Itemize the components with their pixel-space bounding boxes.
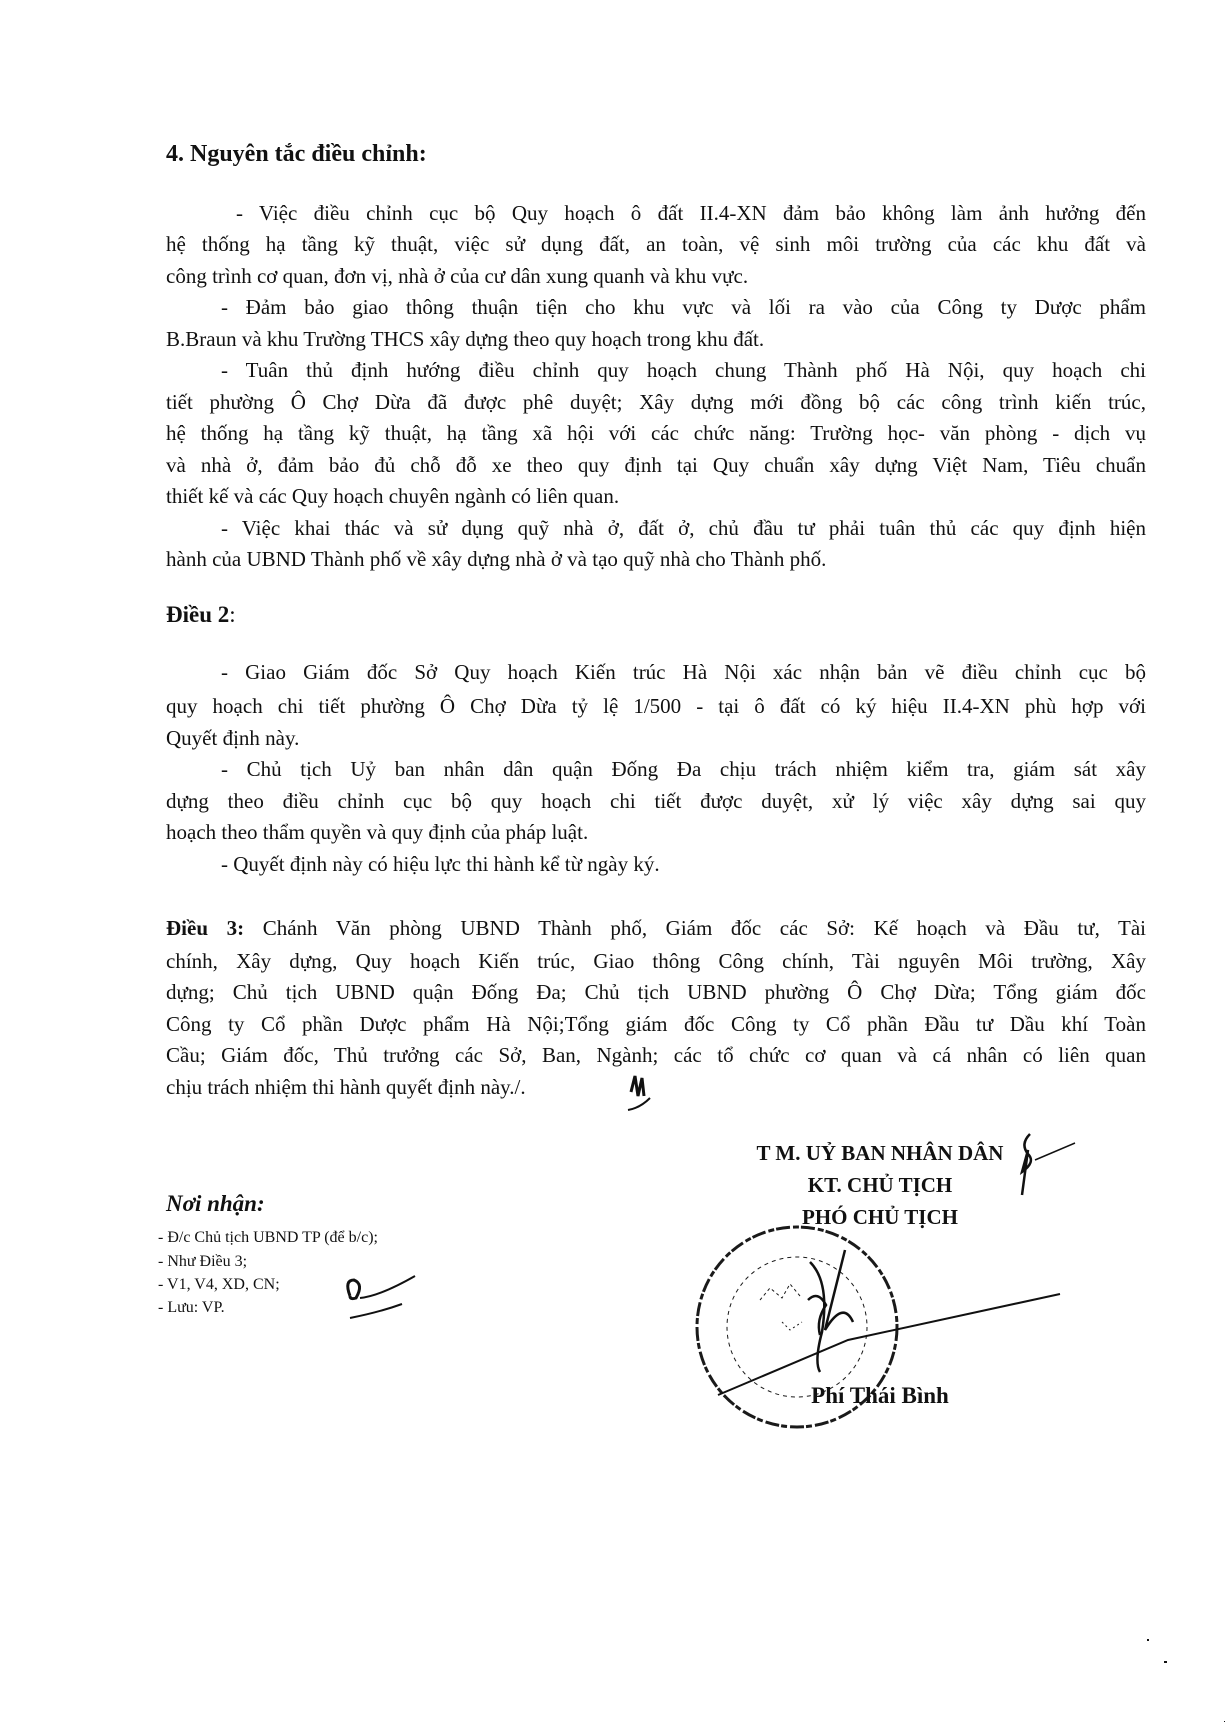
- document-page: 4. Nguyên tắc điều chỉnh: - Việc điều ch…: [0, 0, 1225, 1723]
- scan-speck-icon: [1147, 1639, 1225, 1722]
- initial-mark-icon: [348, 1276, 415, 1318]
- initial-mark-icon: [628, 1076, 650, 1110]
- signature-scribble-icon: [718, 1250, 1060, 1395]
- signer-name: Phí Thái Bình: [690, 1383, 1070, 1409]
- seal-and-signatures: [0, 0, 1225, 1723]
- initial-mark-icon: [1022, 1134, 1075, 1195]
